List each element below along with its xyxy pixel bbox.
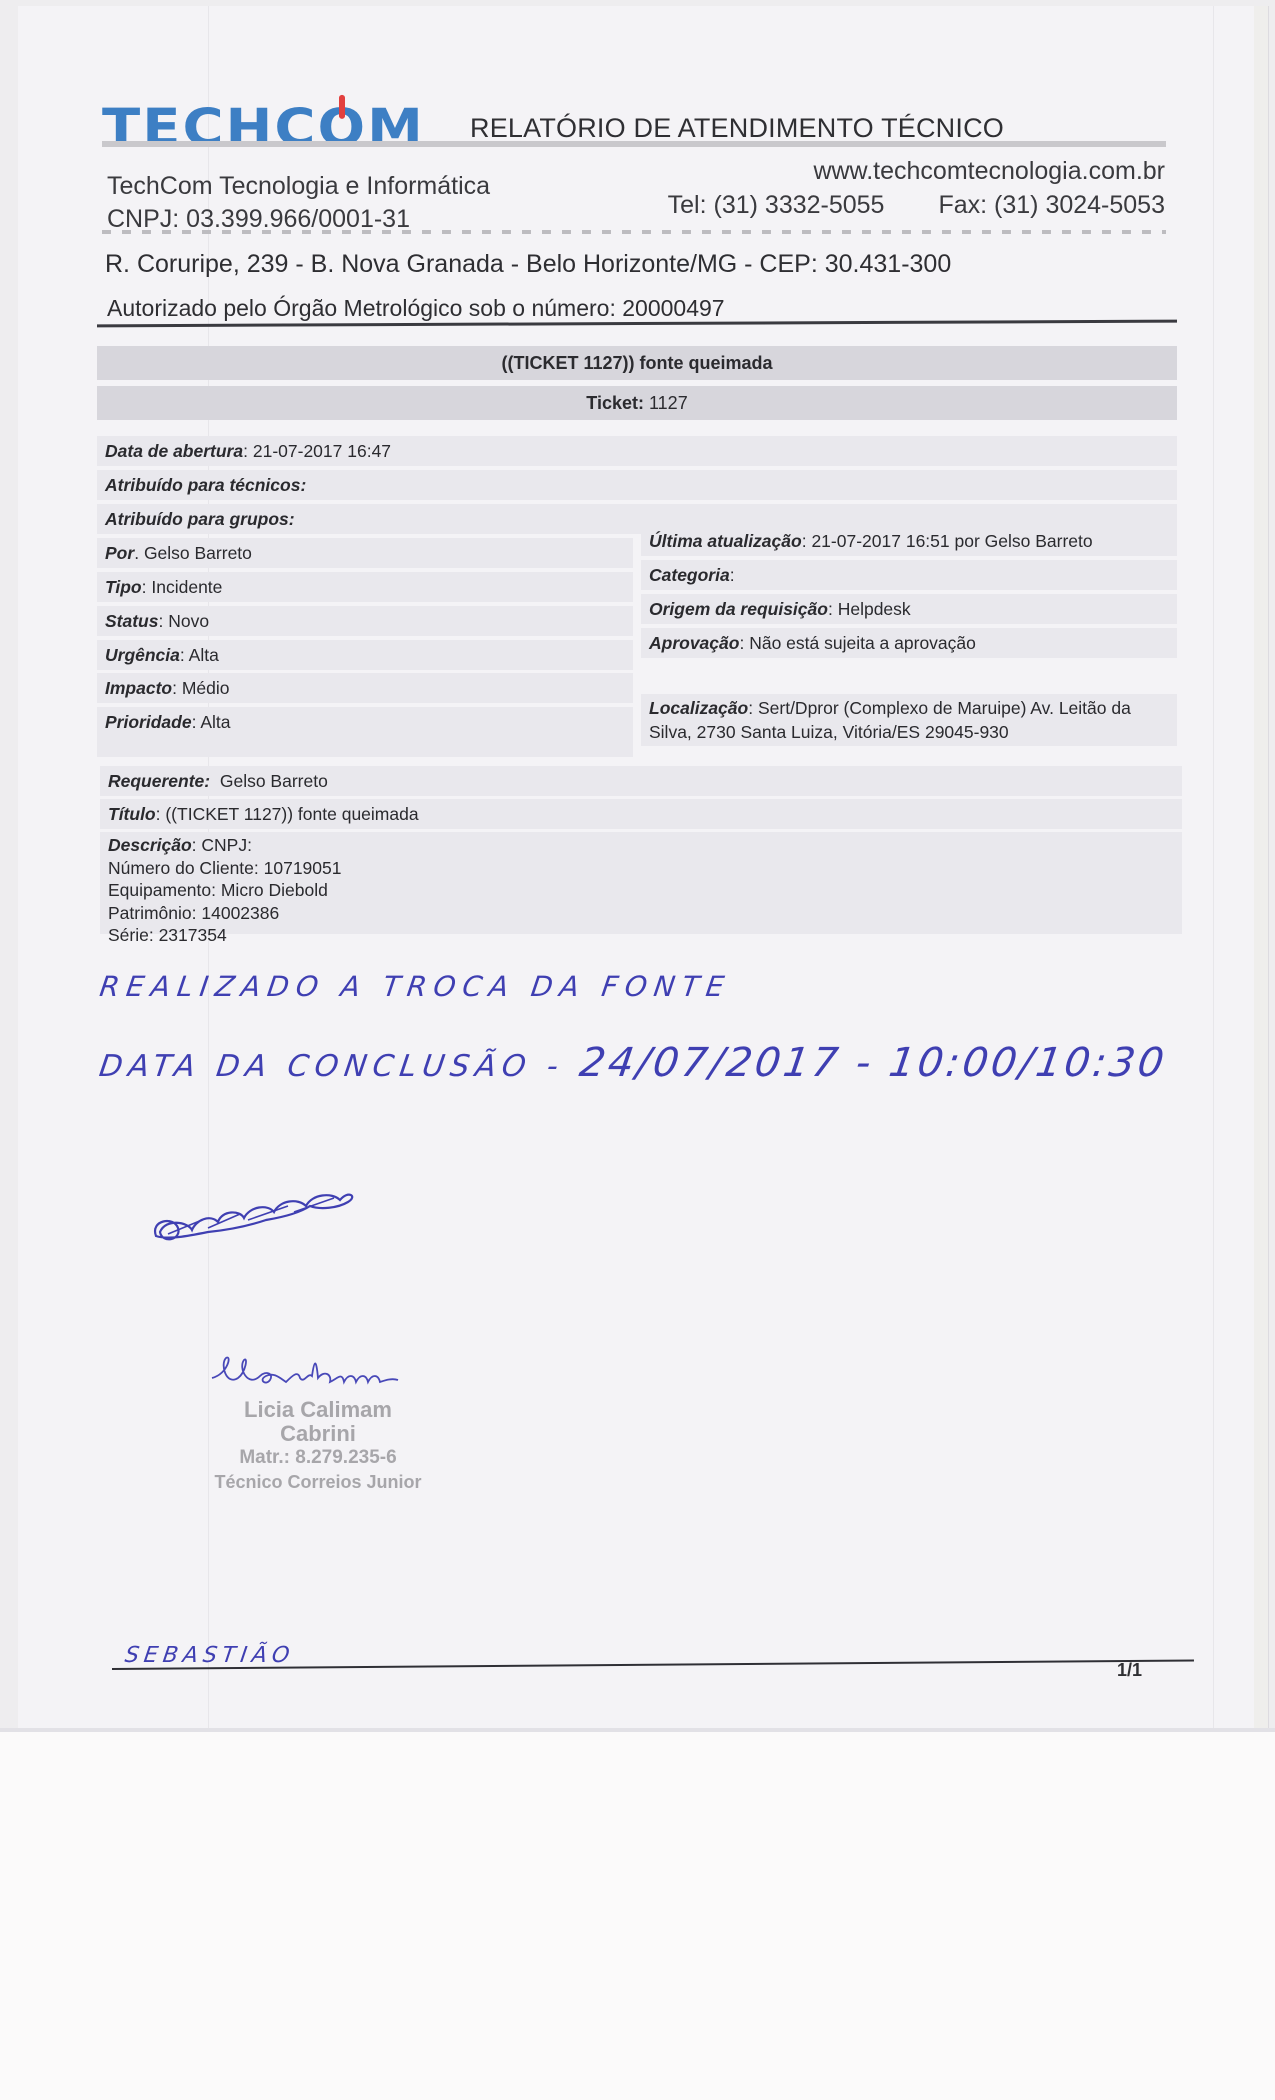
completion-date: 24/07/2017 - 10:00/10:30 <box>577 1040 1170 1086</box>
field-value: 21-07-2017 16:51 por Gelso Barreto <box>811 531 1092 551</box>
field-sep: : <box>142 577 147 597</box>
ticket-number-label: Ticket: <box>586 393 644 413</box>
field-label: Título <box>108 804 156 824</box>
field-label: Status <box>105 611 158 631</box>
field-sep: . <box>134 543 139 563</box>
logo-tail: M <box>367 99 425 159</box>
stamp-role: Técnico Correios Junior <box>208 1470 428 1494</box>
field-sep: : <box>828 599 833 619</box>
field-tipo: Tipo: Incidente <box>97 572 633 602</box>
field-label: Requerente: <box>108 771 210 791</box>
phone: Tel: (31) 3332-5055 <box>668 191 885 219</box>
field-sep: : <box>172 678 177 698</box>
field-descricao: Descrição: CNPJ: Número do Cliente: 1071… <box>100 832 1182 934</box>
field-impacto: Impacto: Médio <box>97 673 633 703</box>
field-sep: : <box>802 531 807 551</box>
field-status: Status: Novo <box>97 606 633 636</box>
field-value: Gelso Barreto <box>144 543 252 563</box>
field-value: Alta <box>200 712 230 732</box>
dotted-divider <box>102 230 1166 234</box>
field-ultima-atualizacao: Última atualização: 21-07-2017 16:51 por… <box>641 526 1177 556</box>
field-sep: : <box>748 698 753 718</box>
field-prioridade: Prioridade: Alta <box>97 707 633 757</box>
field-label: Descrição <box>108 835 192 855</box>
handwritten-name: SEBASTIÃO <box>123 1643 296 1668</box>
ticket-title-band: ((TICKET 1127)) fonte queimada <box>97 346 1177 380</box>
completion-label: DATA DA CONCLUSÃO - <box>97 1049 566 1084</box>
paper-bottom-edge <box>0 1728 1275 1732</box>
logo-text: TECHC <box>102 99 318 159</box>
field-value: Helpdesk <box>838 599 911 619</box>
scribble-signature-icon <box>148 1170 368 1250</box>
ticket-number-band: Ticket: 1127 <box>97 386 1177 420</box>
company-address: R. Coruripe, 239 - B. Nova Granada - Bel… <box>105 250 951 279</box>
page-number: 1/1 <box>1117 1660 1142 1681</box>
field-value: 21-07-2017 16:47 <box>253 441 391 461</box>
field-value: Alta <box>189 645 219 665</box>
fax: Fax: (31) 3024-5053 <box>938 191 1165 219</box>
field-label: Atribuído para técnicos: <box>105 475 306 495</box>
description-line: CNPJ: <box>201 835 252 855</box>
field-label: Atribuído para grupos: <box>105 509 295 529</box>
field-value-line2: Silva, 2730 Santa Luiza, Vitória/ES 2904… <box>649 720 1177 744</box>
company-block: TechCom Tecnologia e Informática CNPJ: 0… <box>107 170 490 236</box>
field-titulo: Título: ((TICKET 1127)) fonte queimada <box>100 799 1182 829</box>
field-requerente: Requerente: Gelso Barreto <box>100 766 1182 796</box>
field-value: Médio <box>182 678 230 698</box>
ticket-number: 1127 <box>649 393 688 413</box>
techcom-logo: TECHCOM <box>102 99 425 159</box>
technician-signature-icon <box>208 1348 408 1396</box>
company-name: TechCom Tecnologia e Informática <box>107 170 490 203</box>
field-label: Aprovação <box>649 633 739 653</box>
field-label: Por <box>105 543 134 563</box>
authorization-text: Autorizado pelo Órgão Metrológico sob o … <box>107 295 725 322</box>
scanned-document: TECHCOM RELATÓRIO DE ATENDIMENTO TÉCNICO… <box>0 0 1275 1732</box>
stamp-name: Licia Calimam Cabrini <box>208 1398 428 1446</box>
field-value: Não está sujeita a aprovação <box>749 633 976 653</box>
field-aprovacao: Aprovação: Não está sujeita a aprovação <box>641 628 1177 658</box>
field-label: Última atualização <box>649 531 802 551</box>
field-label: Prioridade <box>105 712 192 732</box>
ticket-title: ((TICKET 1127)) fonte queimada <box>501 353 772 373</box>
field-data-abertura: Data de abertura: 21-07-2017 16:47 <box>97 436 1177 466</box>
field-label: Tipo <box>105 577 142 597</box>
field-sep: : <box>180 645 185 665</box>
handwritten-completion-date: DATA DA CONCLUSÃO - 24/07/2017 - 10:00/1… <box>97 1040 1170 1086</box>
field-sep: : <box>730 565 735 585</box>
fold-line <box>1213 6 1214 1728</box>
phones: Tel: (31) 3332-5055Fax: (31) 3024-5053 <box>668 188 1165 222</box>
field-label: Impacto <box>105 678 172 698</box>
field-localizacao: Localização: Sert/Dpror (Complexo de Mar… <box>641 694 1177 746</box>
website: www.techcomtecnologia.com.br <box>668 154 1165 188</box>
field-origem: Origem da requisição: Helpdesk <box>641 594 1177 624</box>
field-tecnicos: Atribuído para técnicos: <box>97 470 1177 500</box>
report-title: RELATÓRIO DE ATENDIMENTO TÉCNICO <box>470 113 1004 144</box>
stamp-registration: Matr.: 8.279.235-6 <box>208 1446 428 1470</box>
field-label: Origem da requisição <box>649 599 828 619</box>
field-value: ((TICKET 1127)) fonte queimada <box>165 804 418 824</box>
header-divider <box>102 141 1166 147</box>
contact-block: www.techcomtecnologia.com.br Tel: (31) 3… <box>668 154 1165 222</box>
field-sep: : <box>158 611 163 631</box>
power-icon: O <box>318 99 368 159</box>
field-label: Urgência <box>105 645 180 665</box>
field-label: Localização <box>649 698 748 718</box>
field-value: Incidente <box>151 577 222 597</box>
field-value: Gelso Barreto <box>220 771 328 791</box>
field-value: Novo <box>168 611 209 631</box>
field-sep: : <box>739 633 744 653</box>
handwritten-note: REALIZADO A TROCA DA FONTE <box>98 970 733 1003</box>
field-categoria: Categoria: <box>641 560 1177 590</box>
field-por: Por. Gelso Barreto <box>97 538 633 568</box>
field-sep: : <box>192 712 197 732</box>
description-line: Equipamento: Micro Diebold <box>108 879 1182 902</box>
technician-stamp: Licia Calimam Cabrini Matr.: 8.279.235-6… <box>208 1398 428 1494</box>
field-urgencia: Urgência: Alta <box>97 640 633 670</box>
description-line: Série: 2317354 <box>108 924 1182 947</box>
field-sep: : <box>243 441 248 461</box>
field-label: Categoria <box>649 565 730 585</box>
field-label: Data de abertura <box>105 441 243 461</box>
description-line: Número do Cliente: 10719051 <box>108 857 1182 880</box>
field-value: Sert/Dpror (Complexo de Maruipe) Av. Lei… <box>758 698 1131 718</box>
description-line: Patrimônio: 14002386 <box>108 902 1182 925</box>
